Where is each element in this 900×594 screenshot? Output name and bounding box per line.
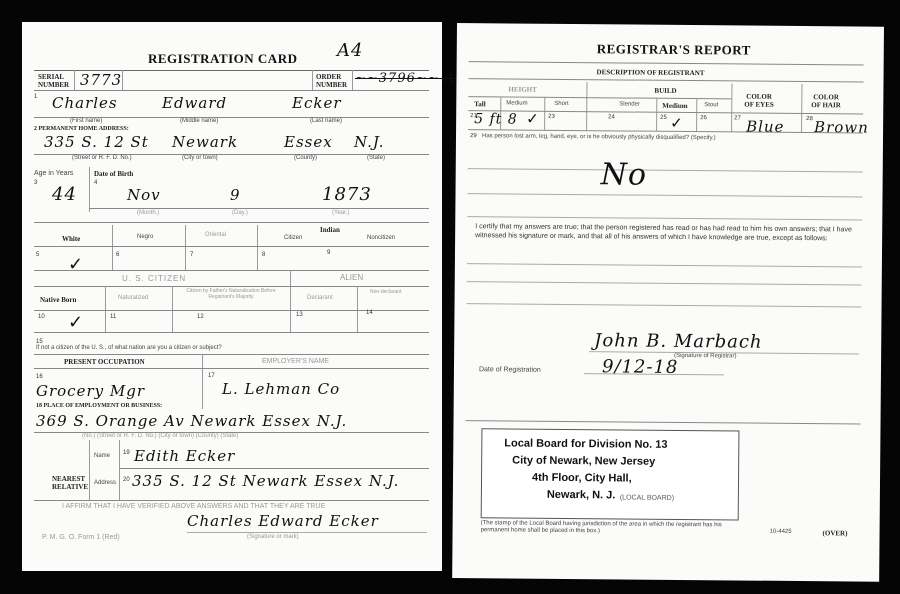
build-medium-check: ✓: [670, 114, 683, 132]
local-board-stamp: Local Board for Division No. 13 City of …: [481, 428, 740, 520]
white-check: ✓: [68, 254, 83, 275]
middle-name: Edward: [162, 94, 227, 112]
home-county: Essex: [284, 133, 333, 151]
stamp-note: (The stamp of the Local Board having jur…: [481, 520, 736, 536]
employer-value: L. Lehman Co: [222, 380, 340, 398]
occupation-value: Grocery Mgr: [36, 382, 145, 400]
relative-address: 335 S. 12 St Newark Essex N.J.: [132, 472, 399, 490]
report-title: REGISTRAR'S REPORT: [597, 41, 751, 58]
order-number: ~~3796~~ A1: [355, 71, 464, 86]
field-29-label: Has person lost arm, leg, hand, eye, or …: [482, 133, 862, 142]
registrars-report-card: REGISTRAR'S REPORT DESCRIPTION OF REGIST…: [452, 23, 884, 582]
serial-number: 3773: [80, 71, 122, 89]
first-name: Charles: [52, 94, 118, 112]
height-medium-check: ✓: [526, 110, 539, 128]
certification-text: I certify that my answers are true; that…: [475, 222, 865, 243]
eye-color: Blue: [746, 118, 785, 136]
home-state: N.J.: [354, 133, 385, 151]
registration-card: REGISTRATION CARD A4 SERIAL NUMBER 3773 …: [22, 22, 442, 571]
order-label: ORDER NUMBER: [316, 73, 347, 89]
last-name: Ecker: [292, 94, 342, 112]
registrant-signature: Charles Edward Ecker: [187, 512, 379, 530]
annotation: A4: [337, 40, 363, 61]
dob-month: Nov: [127, 186, 161, 204]
serial-label: SERIAL NUMBER: [38, 73, 69, 89]
home-city: Newark: [172, 133, 238, 151]
age-value: 44: [52, 184, 77, 205]
registrar-signature: John B. Marbach: [594, 330, 763, 352]
card-title: REGISTRATION CARD: [148, 51, 297, 67]
field-15-label: If not a citizen of the U. S., of what n…: [36, 345, 222, 351]
native-born-check: ✓: [68, 312, 83, 333]
employment-place: 369 S. Orange Av Newark Essex N.J.: [36, 412, 347, 430]
dob-day: 9: [230, 186, 241, 204]
disqualified-answer: No: [601, 157, 648, 192]
hair-color: Brown: [814, 118, 869, 136]
height-value: 5 ft 8: [474, 111, 518, 127]
home-street: 335 S. 12 St: [44, 133, 149, 151]
relative-name: Edith Ecker: [134, 447, 235, 465]
dob-year: 1873: [322, 184, 372, 205]
